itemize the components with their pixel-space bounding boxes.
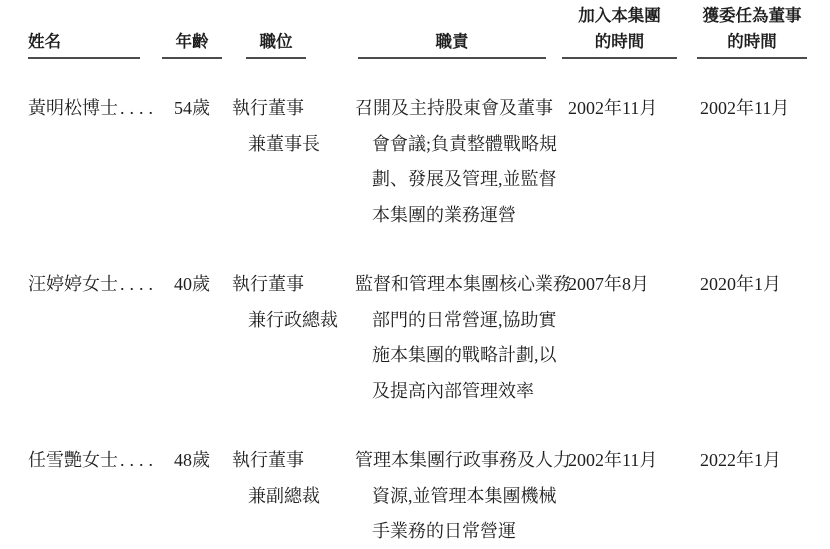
column-header-duty: 職責 bbox=[358, 31, 546, 53]
join-date: 2002年11月 bbox=[568, 91, 657, 127]
header-rule-appoint bbox=[697, 57, 807, 59]
position-line: 兼行政總裁 bbox=[248, 303, 338, 339]
director-duty: 召開及主持股東會及董事 會會議;負責整體戰略規 劃、發展及管理,並監督 本集團的… bbox=[355, 91, 557, 233]
directors-table-page: 姓名 年齡 職位 職責 加入本集團 的時間 獲委任為董事 的時間 黃明松博士..… bbox=[0, 0, 830, 549]
director-position: 執行董事 兼行政總裁 bbox=[232, 267, 338, 338]
header-rule-age bbox=[162, 57, 222, 59]
position-line: 執行董事 bbox=[232, 91, 320, 127]
column-header-appoint-line1: 獲委任為董事 bbox=[697, 5, 807, 27]
position-line: 兼董事長 bbox=[248, 127, 320, 163]
director-name-text: 任雪艷女士 bbox=[28, 450, 118, 470]
duty-line: 手業務的日常營運 bbox=[372, 514, 571, 549]
position-line: 執行董事 bbox=[232, 267, 338, 303]
duty-line: 管理本集團行政事務及人力 bbox=[355, 443, 571, 479]
director-duty: 管理本集團行政事務及人力 資源,並管理本集團機械 手業務的日常營運 bbox=[355, 443, 571, 549]
header-rule-join bbox=[562, 57, 677, 59]
appoint-date: 2002年11月 bbox=[700, 91, 789, 127]
director-name-text: 汪婷婷女士 bbox=[28, 274, 118, 294]
dot-leader: .... bbox=[120, 98, 158, 118]
header-rule-position bbox=[246, 57, 306, 59]
director-duty: 監督和管理本集團核心業務 部門的日常營運,協助實 施本集團的戰略計劃,以 及提高… bbox=[355, 267, 571, 409]
duty-line: 劃、發展及管理,並監督 bbox=[372, 162, 557, 198]
column-header-name: 姓名 bbox=[28, 31, 61, 53]
column-header-age: 年齡 bbox=[162, 31, 222, 53]
position-line: 執行董事 bbox=[232, 443, 320, 479]
duty-line: 部門的日常營運,協助實 bbox=[372, 303, 571, 339]
position-line: 兼副總裁 bbox=[248, 479, 320, 515]
column-header-appoint-line2: 的時間 bbox=[697, 31, 807, 53]
join-date: 2002年11月 bbox=[568, 443, 657, 479]
director-name: 黃明松博士.... bbox=[28, 91, 158, 127]
director-age: 54歲 bbox=[162, 91, 222, 127]
header-rule-name bbox=[28, 57, 140, 59]
director-name: 任雪艷女士.... bbox=[28, 443, 158, 479]
join-date: 2007年8月 bbox=[568, 267, 649, 303]
column-header-join-line2: 的時間 bbox=[562, 31, 677, 53]
duty-line: 本集團的業務運營 bbox=[372, 198, 557, 234]
duty-line: 會會議;負責整體戰略規 bbox=[372, 127, 557, 163]
appoint-date: 2022年1月 bbox=[700, 443, 781, 479]
column-header-join-line1: 加入本集團 bbox=[562, 5, 677, 27]
director-position: 執行董事 兼董事長 bbox=[232, 91, 320, 162]
duty-line: 召開及主持股東會及董事 bbox=[355, 91, 557, 127]
column-header-position: 職位 bbox=[246, 31, 306, 53]
director-name-text: 黃明松博士 bbox=[28, 98, 118, 118]
appoint-date: 2020年1月 bbox=[700, 267, 781, 303]
director-position: 執行董事 兼副總裁 bbox=[232, 443, 320, 514]
duty-line: 及提高內部管理效率 bbox=[372, 374, 571, 410]
duty-line: 監督和管理本集團核心業務 bbox=[355, 267, 571, 303]
director-name: 汪婷婷女士.... bbox=[28, 267, 158, 303]
dot-leader: .... bbox=[120, 450, 158, 470]
header-rule-duty bbox=[358, 57, 546, 59]
duty-line: 施本集團的戰略計劃,以 bbox=[372, 338, 571, 374]
director-age: 48歲 bbox=[162, 443, 222, 479]
duty-line: 資源,並管理本集團機械 bbox=[372, 479, 571, 515]
dot-leader: .... bbox=[120, 274, 158, 294]
director-age: 40歲 bbox=[162, 267, 222, 303]
